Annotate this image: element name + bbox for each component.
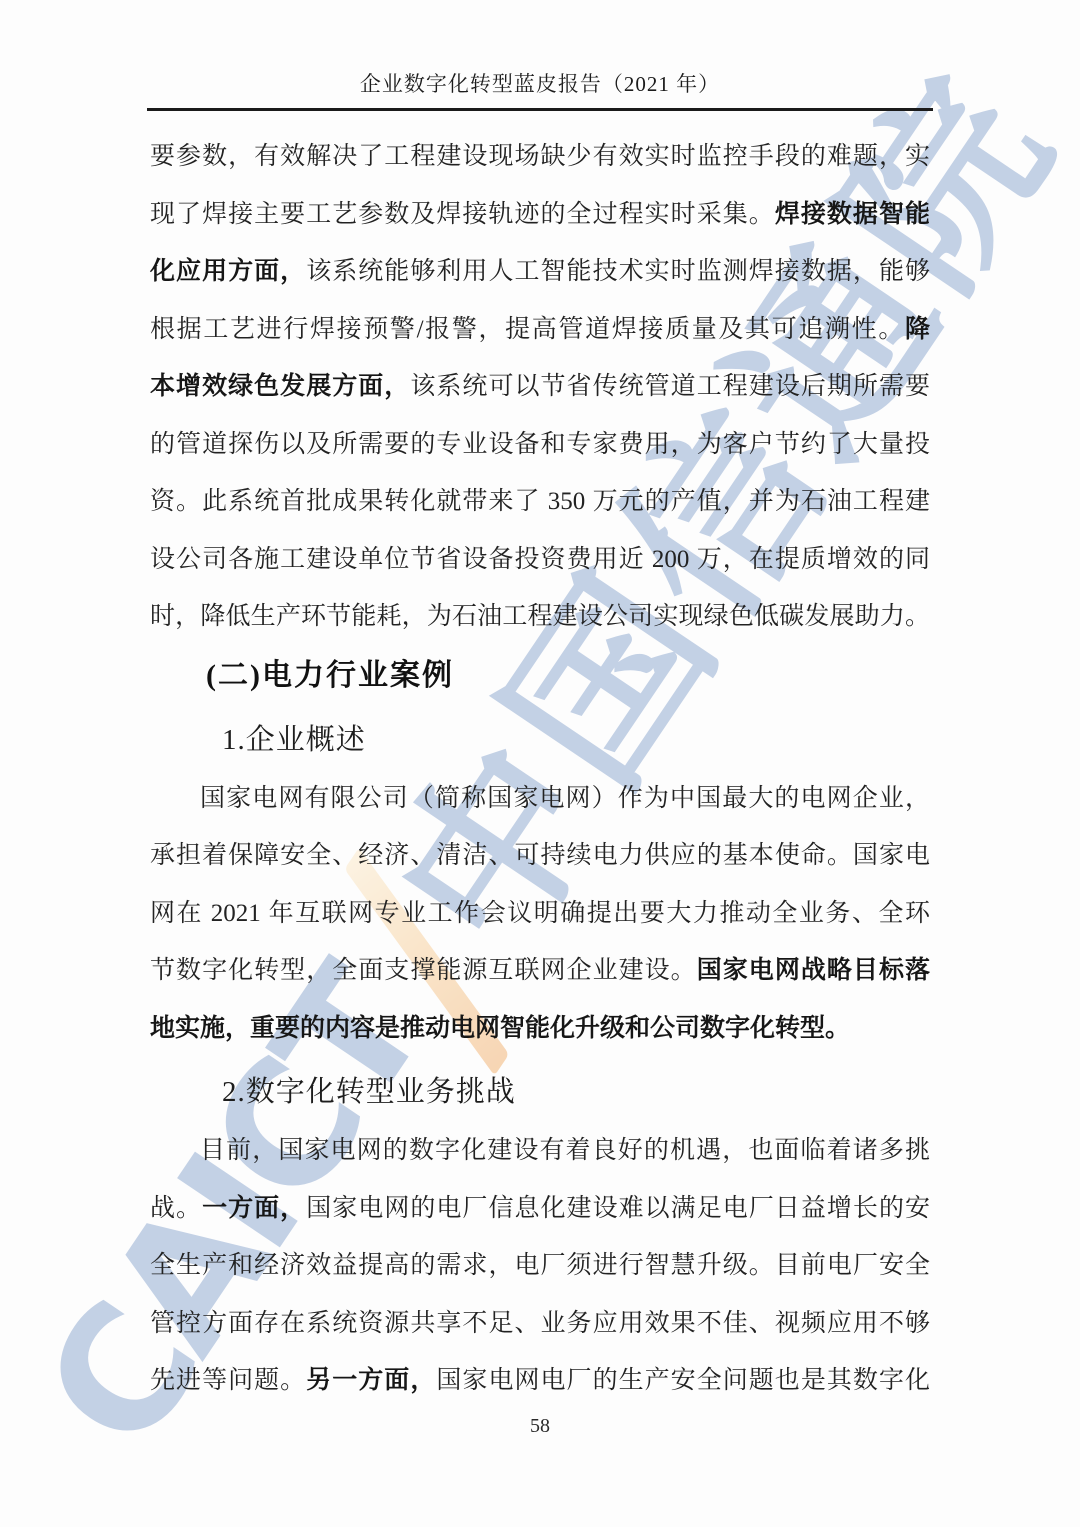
text-line: 国家电网有限公司（简称国家电网）作为中国最大的电网企业， — [150, 770, 930, 828]
page-number: 58 — [0, 1412, 1080, 1440]
bold-text-segment: 地实施，重要的内容是推动电网智能化升级和公司数字化转型。 — [150, 1014, 850, 1042]
bold-text-segment: (二)电力行业案例 — [206, 659, 454, 692]
page-header-title: 企业数字化转型蓝皮报告（2021 年） — [0, 68, 1080, 98]
text-segment: 目前，国家电网的数字化建设有着良好的机遇，也面临着诸多挑 — [200, 1137, 930, 1164]
header-rule — [147, 108, 933, 111]
text-line: 管控方面存在系统资源共享不足、业务应用效果不佳、视频应用不够 — [150, 1295, 930, 1353]
document-body: 要参数，有效解决了工程建设现场缺少有效实时监控手段的难题，实现了焊接主要工艺参数… — [150, 128, 930, 1410]
text-line: 时，降低生产环节能耗，为石油工程建设公司实现绿色低碳发展助力。 — [150, 588, 930, 646]
text-segment: 国家电网的电厂信息化建设难以满足电厂日益增长的安 — [306, 1195, 930, 1222]
text-segment: 管控方面存在系统资源共享不足、业务应用效果不佳、视频应用不够 — [150, 1310, 930, 1337]
text-line: 地实施，重要的内容是推动电网智能化升级和公司数字化转型。 — [150, 1000, 930, 1058]
bold-text-segment: 国家电网战略目标落 — [697, 956, 930, 984]
text-segment: 节数字化转型，全面支撑能源互联网企业建设。 — [150, 957, 697, 984]
text-segment: 全生产和经济效益提高的需求，电厂须进行智慧升级。目前电厂安全 — [150, 1252, 930, 1279]
text-segment: 2.数字化转型业务挑战 — [222, 1076, 516, 1108]
text-segment: 该系统能够利用人工智能技术实时监测焊接数据，能够 — [306, 258, 930, 285]
text-line: 设公司各施工建设单位节省设备投资费用近 200 万，在提质增效的同 — [150, 531, 930, 589]
text-segment: 现了焊接主要工艺参数及焊接轨迹的全过程实时采集。 — [150, 201, 775, 228]
text-segment: 根据工艺进行焊接预警/报警，提高管道焊接质量及其可追溯性。 — [150, 316, 905, 343]
text-segment: 1.企业概述 — [222, 724, 366, 756]
text-line: 资。此系统首批成果转化就带来了 350 万元的产值，并为石油工程建 — [150, 473, 930, 531]
bold-text-segment: 降 — [905, 315, 930, 343]
text-segment: 战。 — [150, 1195, 202, 1222]
bold-text-segment: 一方面， — [202, 1194, 306, 1222]
text-line: 化应用方面，该系统能够利用人工智能技术实时监测焊接数据，能够 — [150, 243, 930, 301]
bold-text-segment: 化应用方面， — [150, 257, 306, 285]
text-segment: 承担着保障安全、经济、清洁、可持续电力供应的基本使命。国家电 — [150, 842, 930, 869]
text-line: 目前，国家电网的数字化建设有着良好的机遇，也面临着诸多挑 — [150, 1122, 930, 1180]
bold-text-segment: 焊接数据智能 — [775, 200, 930, 228]
text-segment: 要参数，有效解决了工程建设现场缺少有效实时监控手段的难题，实 — [150, 143, 930, 170]
text-segment: 该系统可以节省传统管道工程建设后期所需要 — [410, 373, 930, 400]
text-segment: 资。此系统首批成果转化就带来了 350 万元的产值，并为石油工程建 — [150, 488, 930, 515]
text-segment: 设公司各施工建设单位节省设备投资费用近 200 万，在提质增效的同 — [150, 546, 930, 573]
text-line: 战。一方面，国家电网的电厂信息化建设难以满足电厂日益增长的安 — [150, 1180, 930, 1238]
text-line: 先进等问题。另一方面，国家电网电厂的生产安全问题也是其数字化 — [150, 1352, 930, 1410]
text-line: 节数字化转型，全面支撑能源互联网企业建设。国家电网战略目标落 — [150, 942, 930, 1000]
text-line: 全生产和经济效益提高的需求，电厂须进行智慧升级。目前电厂安全 — [150, 1237, 930, 1295]
text-segment: 的管道探伤以及所需要的专业设备和专家费用，为客户节约了大量投 — [150, 431, 930, 458]
text-line: 承担着保障安全、经济、清洁、可持续电力供应的基本使命。国家电 — [150, 827, 930, 885]
text-segment: 国家电网有限公司（简称国家电网）作为中国最大的电网企业， — [200, 785, 930, 812]
text-segment: 国家电网电厂的生产安全问题也是其数字化 — [436, 1367, 930, 1394]
text-line: 网在 2021 年互联网专业工作会议明确提出要大力推动全业务、全环 — [150, 885, 930, 943]
text-segment: 时，降低生产环节能耗，为石油工程建设公司实现绿色低碳发展助力。 — [150, 603, 930, 630]
text-line: 现了焊接主要工艺参数及焊接轨迹的全过程实时采集。焊接数据智能 — [150, 186, 930, 244]
bold-text-segment: 另一方面， — [306, 1366, 436, 1394]
document-page: CAICT 中国信通院 企业数字化转型蓝皮报告（2021 年） 要参数，有效解决… — [0, 0, 1080, 1527]
text-line: 本增效绿色发展方面，该系统可以节省传统管道工程建设后期所需要 — [150, 358, 930, 416]
text-line: 要参数，有效解决了工程建设现场缺少有效实时监控手段的难题，实 — [150, 128, 930, 186]
subheading-line: 2.数字化转型业务挑战 — [222, 1063, 930, 1122]
text-segment: 先进等问题。 — [150, 1367, 306, 1394]
bold-text-segment: 本增效绿色发展方面， — [150, 372, 410, 400]
text-line: 根据工艺进行焊接预警/报警，提高管道焊接质量及其可追溯性。降 — [150, 301, 930, 359]
text-line: 的管道探伤以及所需要的专业设备和专家费用，为客户节约了大量投 — [150, 416, 930, 474]
heading-line: (二)电力行业案例 — [206, 646, 930, 705]
subheading-line: 1.企业概述 — [222, 711, 930, 770]
text-segment: 网在 2021 年互联网专业工作会议明确提出要大力推动全业务、全环 — [150, 900, 930, 927]
